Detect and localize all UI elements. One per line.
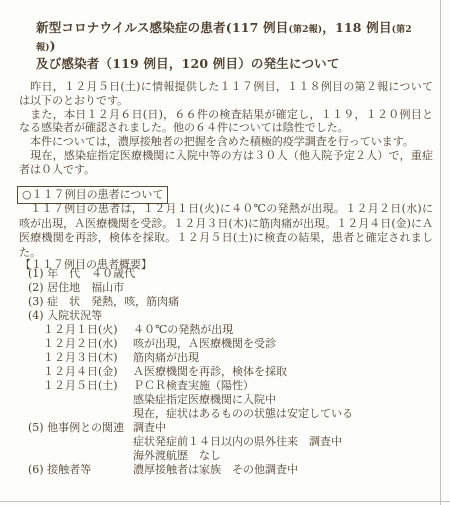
- summary-item-symptoms: (3) 症 状発熱，咳，筋肉痛: [28, 295, 353, 309]
- summary-item-hospitalization: (4) 入院状況等: [28, 309, 353, 323]
- summary-label-symptoms: (3) 症 状: [28, 295, 80, 308]
- timeline-desc: ４０℃の発熱が出現: [133, 323, 233, 336]
- timeline-desc: 感染症指定医療機関に入院中: [133, 393, 276, 406]
- related-cases-detail: 症状発症前１４日以内の県外往来 調査中: [133, 435, 342, 448]
- intro-paragraph-3: 本件については，濃厚接触者の把握を含めた積極的疫学調査を行っています。: [19, 135, 433, 149]
- summary-item-contacts: (6) 接触者等濃厚接触者は家族 その他調査中: [28, 463, 353, 477]
- summary-value-symptoms: 発熱，咳，筋肉痛: [91, 295, 179, 308]
- summary-label-hospitalization: (4) 入院状況等: [28, 309, 102, 322]
- timeline-desc: 筋肉痛が出現: [133, 351, 199, 364]
- timeline-row: １２月３日(木)筋肉痛が出現: [28, 351, 353, 365]
- timeline-desc: Ａ医療機関を再診，検体を採取: [133, 365, 287, 378]
- timeline-desc: 現在，症状はあるものの状態は安定している: [133, 407, 353, 420]
- intro-paragraph-1: 昨日，１２月５日(土)に情報提供した１１７例目，１１８例目の第２報については以下…: [19, 80, 433, 108]
- timeline-row: １２月１日(火)４０℃の発熱が出現: [28, 323, 353, 337]
- case117-narrative: １１７例目の患者は，１２月１日(火)に４０℃の発熱が出現。１２月２日(水)に咳が…: [19, 202, 433, 260]
- page-border-bottom: [0, 501, 450, 502]
- contacts-status: 濃厚接触者は家族 その他調査中: [133, 463, 298, 476]
- intro-section: 昨日，１２月５日(土)に情報提供した１１７例目，１１８例目の第２報については以下…: [19, 80, 433, 177]
- title-text-main: 新型コロナウイルス感染症の患者(117 例目: [36, 20, 289, 35]
- timeline-row: １２月５日(土)ＰＣＲ検査実施（陽性）: [28, 379, 353, 393]
- document-page: 新型コロナウイルス感染症の患者(117 例目(第2報)，118 例目(第2報))…: [0, 0, 450, 505]
- timeline-continuation-row: 感染症指定医療機関に入院中: [28, 393, 353, 407]
- summary-label-contacts: (6) 接触者等: [28, 463, 133, 477]
- related-cases-continuation-row: 海外渡航歴 なし: [28, 449, 353, 463]
- timeline-date: １２月１日(火): [43, 323, 133, 337]
- summary-item-age: (1) 年 代４０歳代: [28, 267, 353, 281]
- timeline-row: １２月４日(金)Ａ医療機関を再診，検体を採取: [28, 365, 353, 379]
- summary-value-residence: 福山市: [91, 281, 124, 294]
- timeline-date: １２月４日(金): [43, 365, 133, 379]
- summary-value-age: ４０歳代: [91, 267, 135, 280]
- intro-paragraph-2: また，本日１２月６日(日)，６６件の検査結果が確定し，１１９，１２０例目となる感…: [19, 108, 433, 136]
- document-title: 新型コロナウイルス感染症の患者(117 例目(第2報)，118 例目(第2報))…: [36, 20, 426, 71]
- title-line-2: 及び感染者（119 例目，120 例目）の発生について: [36, 56, 426, 71]
- title-report2-note-1: (第2報): [289, 25, 323, 35]
- summary-label-residence: (2) 居住地: [28, 281, 80, 294]
- title-text-mid: ，118 例目: [322, 20, 391, 35]
- timeline-date: １２月３日(木): [43, 351, 133, 365]
- timeline-date: １２月２日(水): [43, 337, 133, 351]
- summary-item-related-cases: (5) 他事例との関連調査中: [28, 421, 353, 435]
- related-cases-status: 調査中: [133, 421, 166, 434]
- related-cases-continuation-row: 症状発症前１４日以内の県外往来 調査中: [28, 435, 353, 449]
- timeline-continuation-row: 現在，症状はあるものの状態は安定している: [28, 407, 353, 421]
- related-cases-detail: 海外渡航歴 なし: [133, 449, 221, 462]
- title-text-end: ): [50, 38, 56, 53]
- page-border-right: [440, 0, 441, 505]
- timeline-date: １２月５日(土): [43, 379, 133, 393]
- title-line-1: 新型コロナウイルス感染症の患者(117 例目(第2報)，118 例目(第2報)): [36, 20, 426, 56]
- patient-summary-list: (1) 年 代４０歳代 (2) 居住地福山市 (3) 症 状発熱，咳，筋肉痛 (…: [28, 267, 353, 477]
- summary-item-residence: (2) 居住地福山市: [28, 281, 353, 295]
- timeline-desc: ＰＣＲ検査実施（陽性）: [133, 379, 254, 392]
- summary-label-related-cases: (5) 他事例との関連: [28, 421, 133, 435]
- intro-paragraph-4: 現在，感染症指定医療機関に入院中等の方は３０人（他入院予定２人）で，重症者は０人…: [19, 149, 433, 177]
- timeline-row: １２月２日(水)咳が出現，Ａ医療機関を受診: [28, 337, 353, 351]
- summary-label-age: (1) 年 代: [28, 267, 80, 280]
- timeline-desc: 咳が出現，Ａ医療機関を受診: [133, 337, 276, 350]
